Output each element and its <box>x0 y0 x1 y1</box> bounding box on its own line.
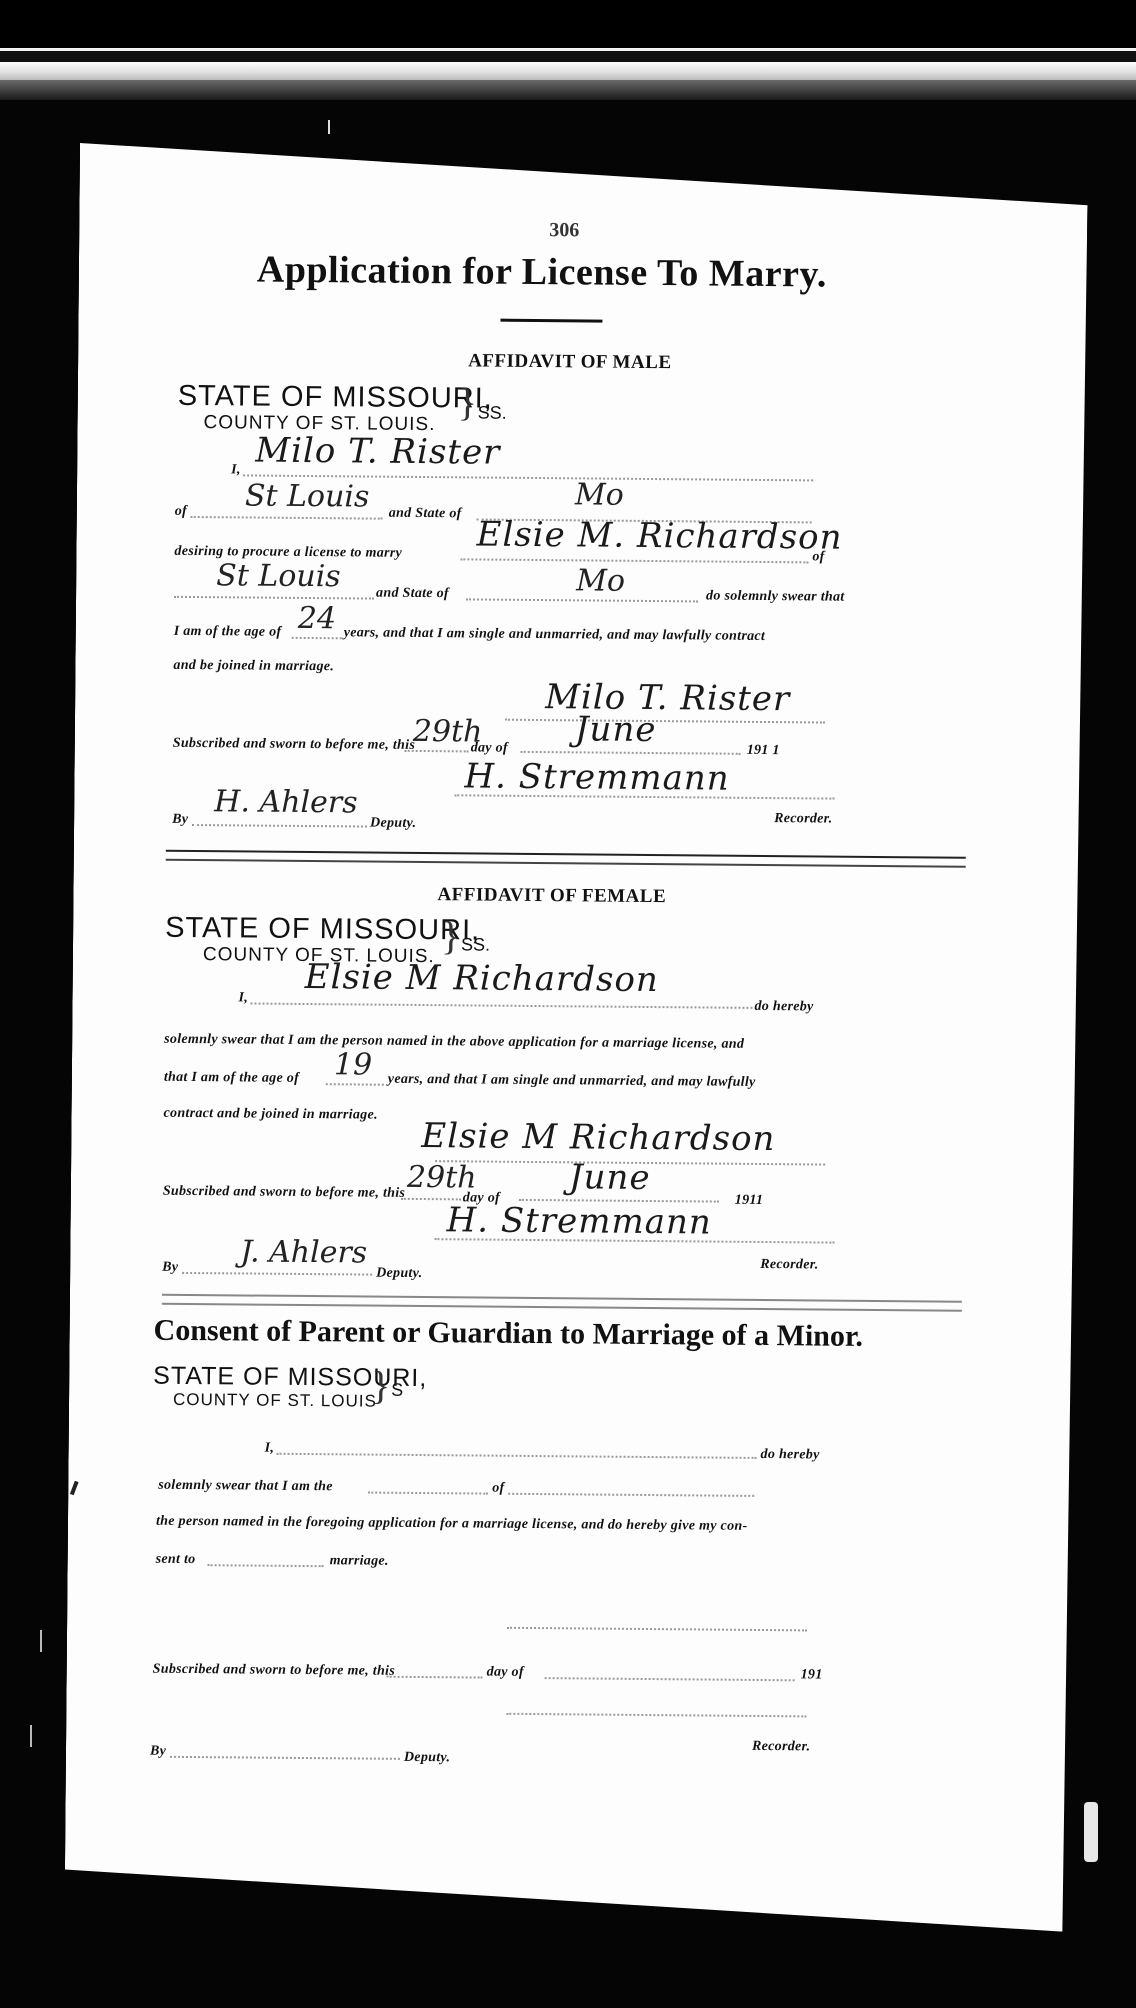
ss-label: SS. <box>461 934 490 955</box>
consent-day-of-label: day of <box>487 1665 524 1681</box>
consent-i-label: I, <box>265 1441 275 1457</box>
male-recorder-signature: H. Stremmann <box>464 756 729 798</box>
of-label: of <box>175 504 187 520</box>
consent-line4-a: sent to <box>156 1552 196 1568</box>
female-by-label: By <box>162 1260 178 1276</box>
male-age-field[interactable]: 24 <box>298 601 336 636</box>
female-deputy-line <box>182 1272 372 1276</box>
ss-label: S <box>391 1380 403 1401</box>
scan-speck <box>30 1725 32 1747</box>
consent-month-line[interactable] <box>545 1677 795 1681</box>
female-affidavit-heading: AFFIDAVIT OF FEMALE <box>437 884 666 908</box>
female-recorder-label: Recorder. <box>760 1257 818 1274</box>
consent-name-line[interactable] <box>277 1453 757 1459</box>
consent-recorder-label: Recorder. <box>752 1739 810 1756</box>
bride-name-line <box>460 558 808 563</box>
female-recorder-signature: H. Stremmann <box>446 1200 711 1242</box>
male-age-prefix: I am of the age of <box>174 624 282 641</box>
female-signature: Elsie M Richardson <box>421 1116 775 1159</box>
male-month-line <box>521 751 741 755</box>
consent-by-label: By <box>150 1744 166 1760</box>
female-age-prefix: that I am of the age of <box>164 1070 299 1087</box>
brace-glyph: } <box>441 912 461 959</box>
and-state-of-label: and State of <box>389 506 462 523</box>
female-deputy-signature: J. Ahlers <box>240 1234 367 1270</box>
male-city-line <box>191 516 383 520</box>
male-age-line <box>292 637 342 639</box>
female-name-line <box>250 1003 752 1009</box>
state-label: STATE OF MISSOURI, <box>165 912 480 948</box>
bride-city-line <box>174 596 374 600</box>
male-subscribed-text: Subscribed and sworn to before me, this <box>173 736 415 754</box>
consent-heading: Consent of Parent or Guardian to Marriag… <box>153 1314 863 1354</box>
bride-city-field[interactable]: St Louis <box>216 558 341 594</box>
bride-state-field[interactable]: Mo <box>576 563 625 598</box>
scan-speck <box>328 120 330 134</box>
bride-state-line <box>466 598 698 602</box>
female-i-label: I, <box>238 990 248 1006</box>
female-name-field[interactable]: Elsie M Richardson <box>305 957 659 1000</box>
brace-glyph: } <box>458 378 478 425</box>
consent-line3-text: the person named in the foregoing applic… <box>156 1514 748 1535</box>
county-label: COUNTY OF ST. LOUIS <box>173 1390 377 1412</box>
male-recorder-label: Recorder. <box>774 811 832 828</box>
male-month-field[interactable]: June <box>575 709 657 750</box>
marriage-license-document: 306 Application for License To Marry. AF… <box>64 143 1087 1932</box>
male-city-field[interactable]: St Louis <box>245 478 370 514</box>
ss-label: SS. <box>478 402 507 423</box>
female-line2-text: solemnly swear that I am the person name… <box>164 1032 744 1053</box>
swear-label: do solemnly swear that <box>706 588 845 605</box>
scan-speck <box>40 1630 42 1652</box>
document-title: Application for License To Marry. <box>257 248 827 297</box>
consent-relation-line[interactable] <box>368 1492 488 1495</box>
female-age-suffix: years, and that I am single and unmarrie… <box>388 1072 756 1091</box>
consent-line2-b: of <box>492 1481 504 1497</box>
scan-top-noise <box>0 80 1136 100</box>
male-joined-text: and be joined in marriage. <box>173 658 334 675</box>
section-divider <box>162 1294 962 1312</box>
brace-glyph: } <box>371 1362 391 1409</box>
scan-top-dark-strip <box>0 51 1136 62</box>
consent-deputy-line[interactable] <box>170 1756 400 1760</box>
consent-line2-a: solemnly swear that I am the <box>158 1478 333 1496</box>
title-rule <box>500 319 602 323</box>
consent-signature-line[interactable] <box>507 1627 807 1632</box>
consent-day-line[interactable] <box>387 1676 483 1679</box>
state-label: STATE OF MISSOURI, <box>178 380 493 416</box>
consent-hereby-label: do hereby <box>761 1447 820 1464</box>
female-hereby-label: do hereby <box>754 999 813 1016</box>
male-deputy-label: Deputy. <box>370 816 416 832</box>
of-suffix-label: of <box>812 549 824 565</box>
male-state-field[interactable]: Mo <box>575 477 624 512</box>
consent-minor-line[interactable] <box>508 1493 754 1497</box>
consent-minor-name-line[interactable] <box>208 1564 324 1567</box>
page-number: 306 <box>549 219 579 242</box>
section-divider <box>166 850 966 868</box>
scan-top-light-strip <box>0 62 1136 80</box>
male-year: 191 1 <box>747 743 780 759</box>
male-age-suffix: years, and that I am single and unmarrie… <box>344 625 766 645</box>
stray-mark <box>70 1481 79 1496</box>
female-year: 1911 <box>735 1193 764 1209</box>
male-affidavit-heading: AFFIDAVIT OF MALE <box>468 350 672 374</box>
female-joined-text: contract and be joined in marriage. <box>163 1106 377 1124</box>
consent-year: 191 <box>801 1667 823 1683</box>
female-age-line <box>326 1083 384 1086</box>
bride-state-label: and State of <box>376 586 449 603</box>
consent-subscribed-text: Subscribed and sworn to before me, this <box>153 1662 395 1680</box>
male-name-field[interactable]: Milo T. Rister <box>255 431 500 473</box>
male-deputy-line <box>192 824 367 828</box>
male-signature-line <box>505 719 825 724</box>
male-by-label: By <box>172 812 188 828</box>
bride-name-field[interactable]: Elsie M. Richardson <box>476 514 842 557</box>
consent-line4-b: marriage. <box>330 1553 389 1570</box>
scan-edge-artifact <box>1084 1802 1098 1862</box>
male-deputy-signature: H. Ahlers <box>214 784 358 820</box>
female-age-field[interactable]: 19 <box>334 1047 372 1082</box>
consent-deputy-label: Deputy. <box>404 1750 450 1766</box>
male-day-of-label: day of <box>471 740 508 756</box>
consent-recorder-line[interactable] <box>506 1713 806 1718</box>
female-deputy-label: Deputy. <box>376 1266 422 1282</box>
male-i-label: I, <box>231 462 241 478</box>
female-month-field[interactable]: June <box>569 1157 651 1198</box>
female-subscribed-text: Subscribed and sworn to before me, this <box>163 1184 405 1202</box>
scan-top-border <box>0 0 1136 48</box>
